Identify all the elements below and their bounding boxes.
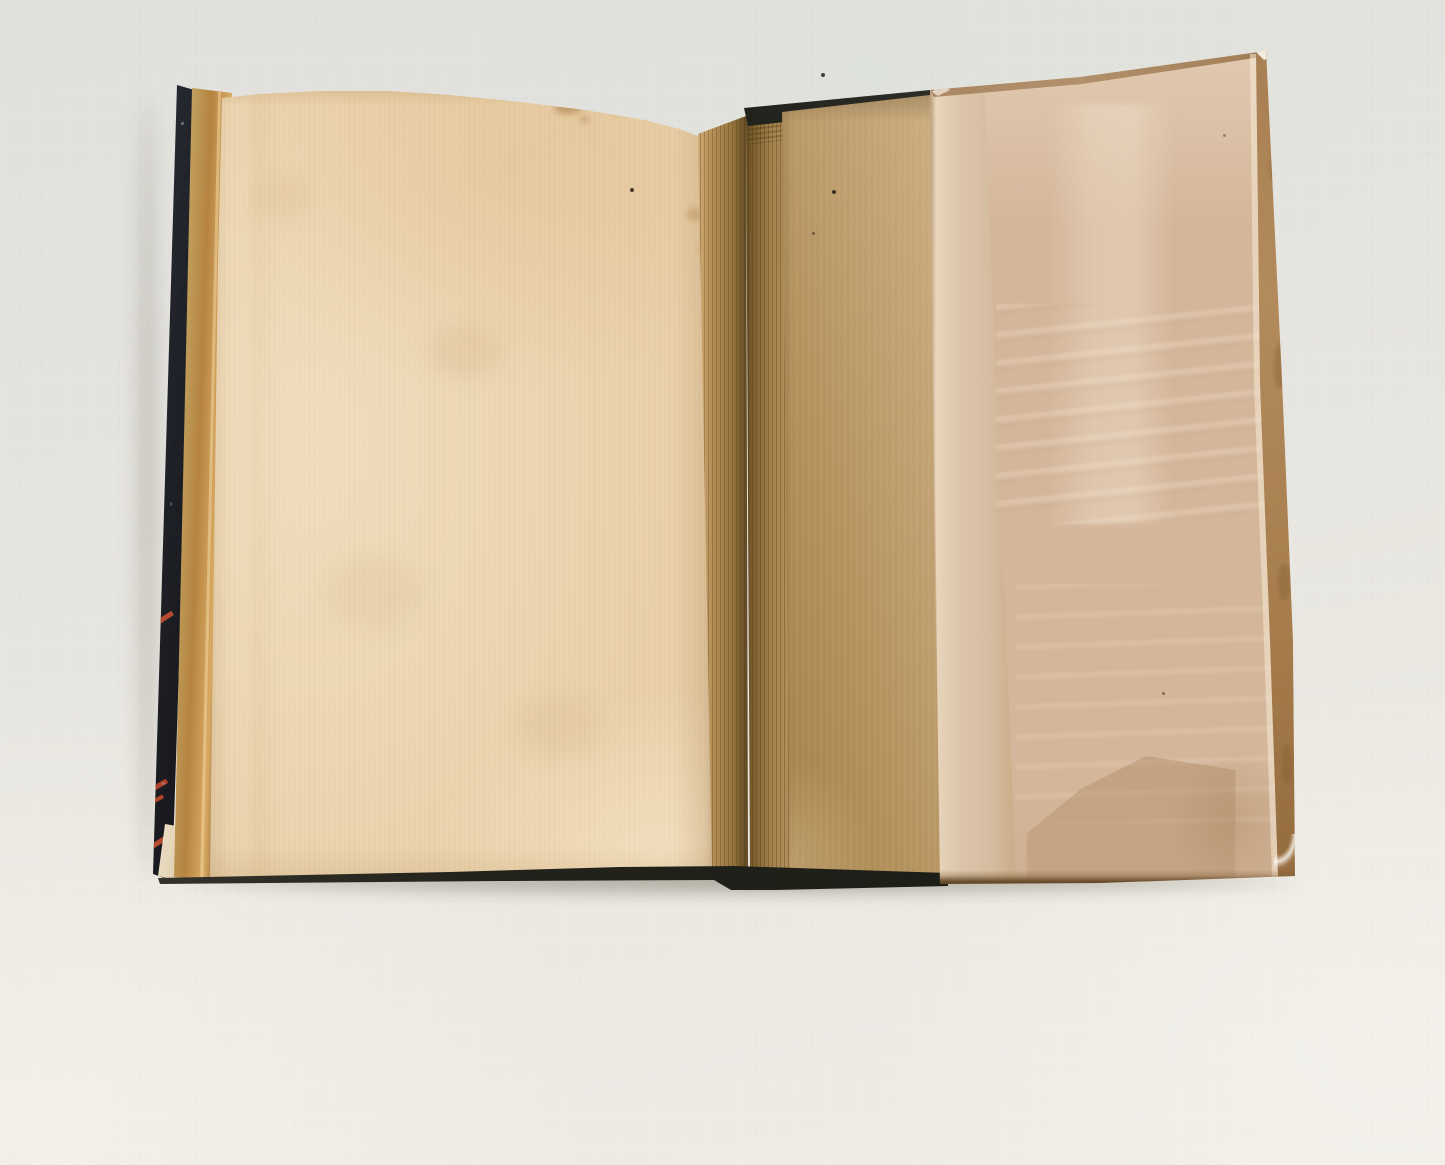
foxing-stain	[328, 556, 420, 628]
dust-jacket-flap	[926, 44, 1306, 892]
cover-scuff	[162, 782, 165, 785]
wall-speck	[821, 73, 825, 77]
flap-speck	[1223, 134, 1226, 137]
foxing-stain	[428, 326, 500, 378]
edge-mottle	[1278, 564, 1290, 600]
cover-scuff	[181, 122, 184, 125]
flap-corner-highlight	[1274, 834, 1296, 874]
flap-speck	[1162, 692, 1165, 695]
endpaper-speck	[812, 232, 815, 235]
page-speck	[630, 188, 634, 192]
left-blank-page	[204, 86, 720, 886]
rear-endpaper	[778, 90, 950, 888]
book-shadow-left	[138, 100, 156, 880]
endpaper-speck	[832, 190, 836, 194]
foxing-spot	[580, 116, 589, 123]
edge-mottle	[1282, 744, 1292, 784]
flap-sheen-streaks	[996, 304, 1276, 524]
foxing-stain	[258, 176, 310, 218]
foxing-stain	[518, 696, 600, 758]
cover-scuff	[170, 502, 172, 506]
open-book-photo	[0, 0, 1445, 1165]
